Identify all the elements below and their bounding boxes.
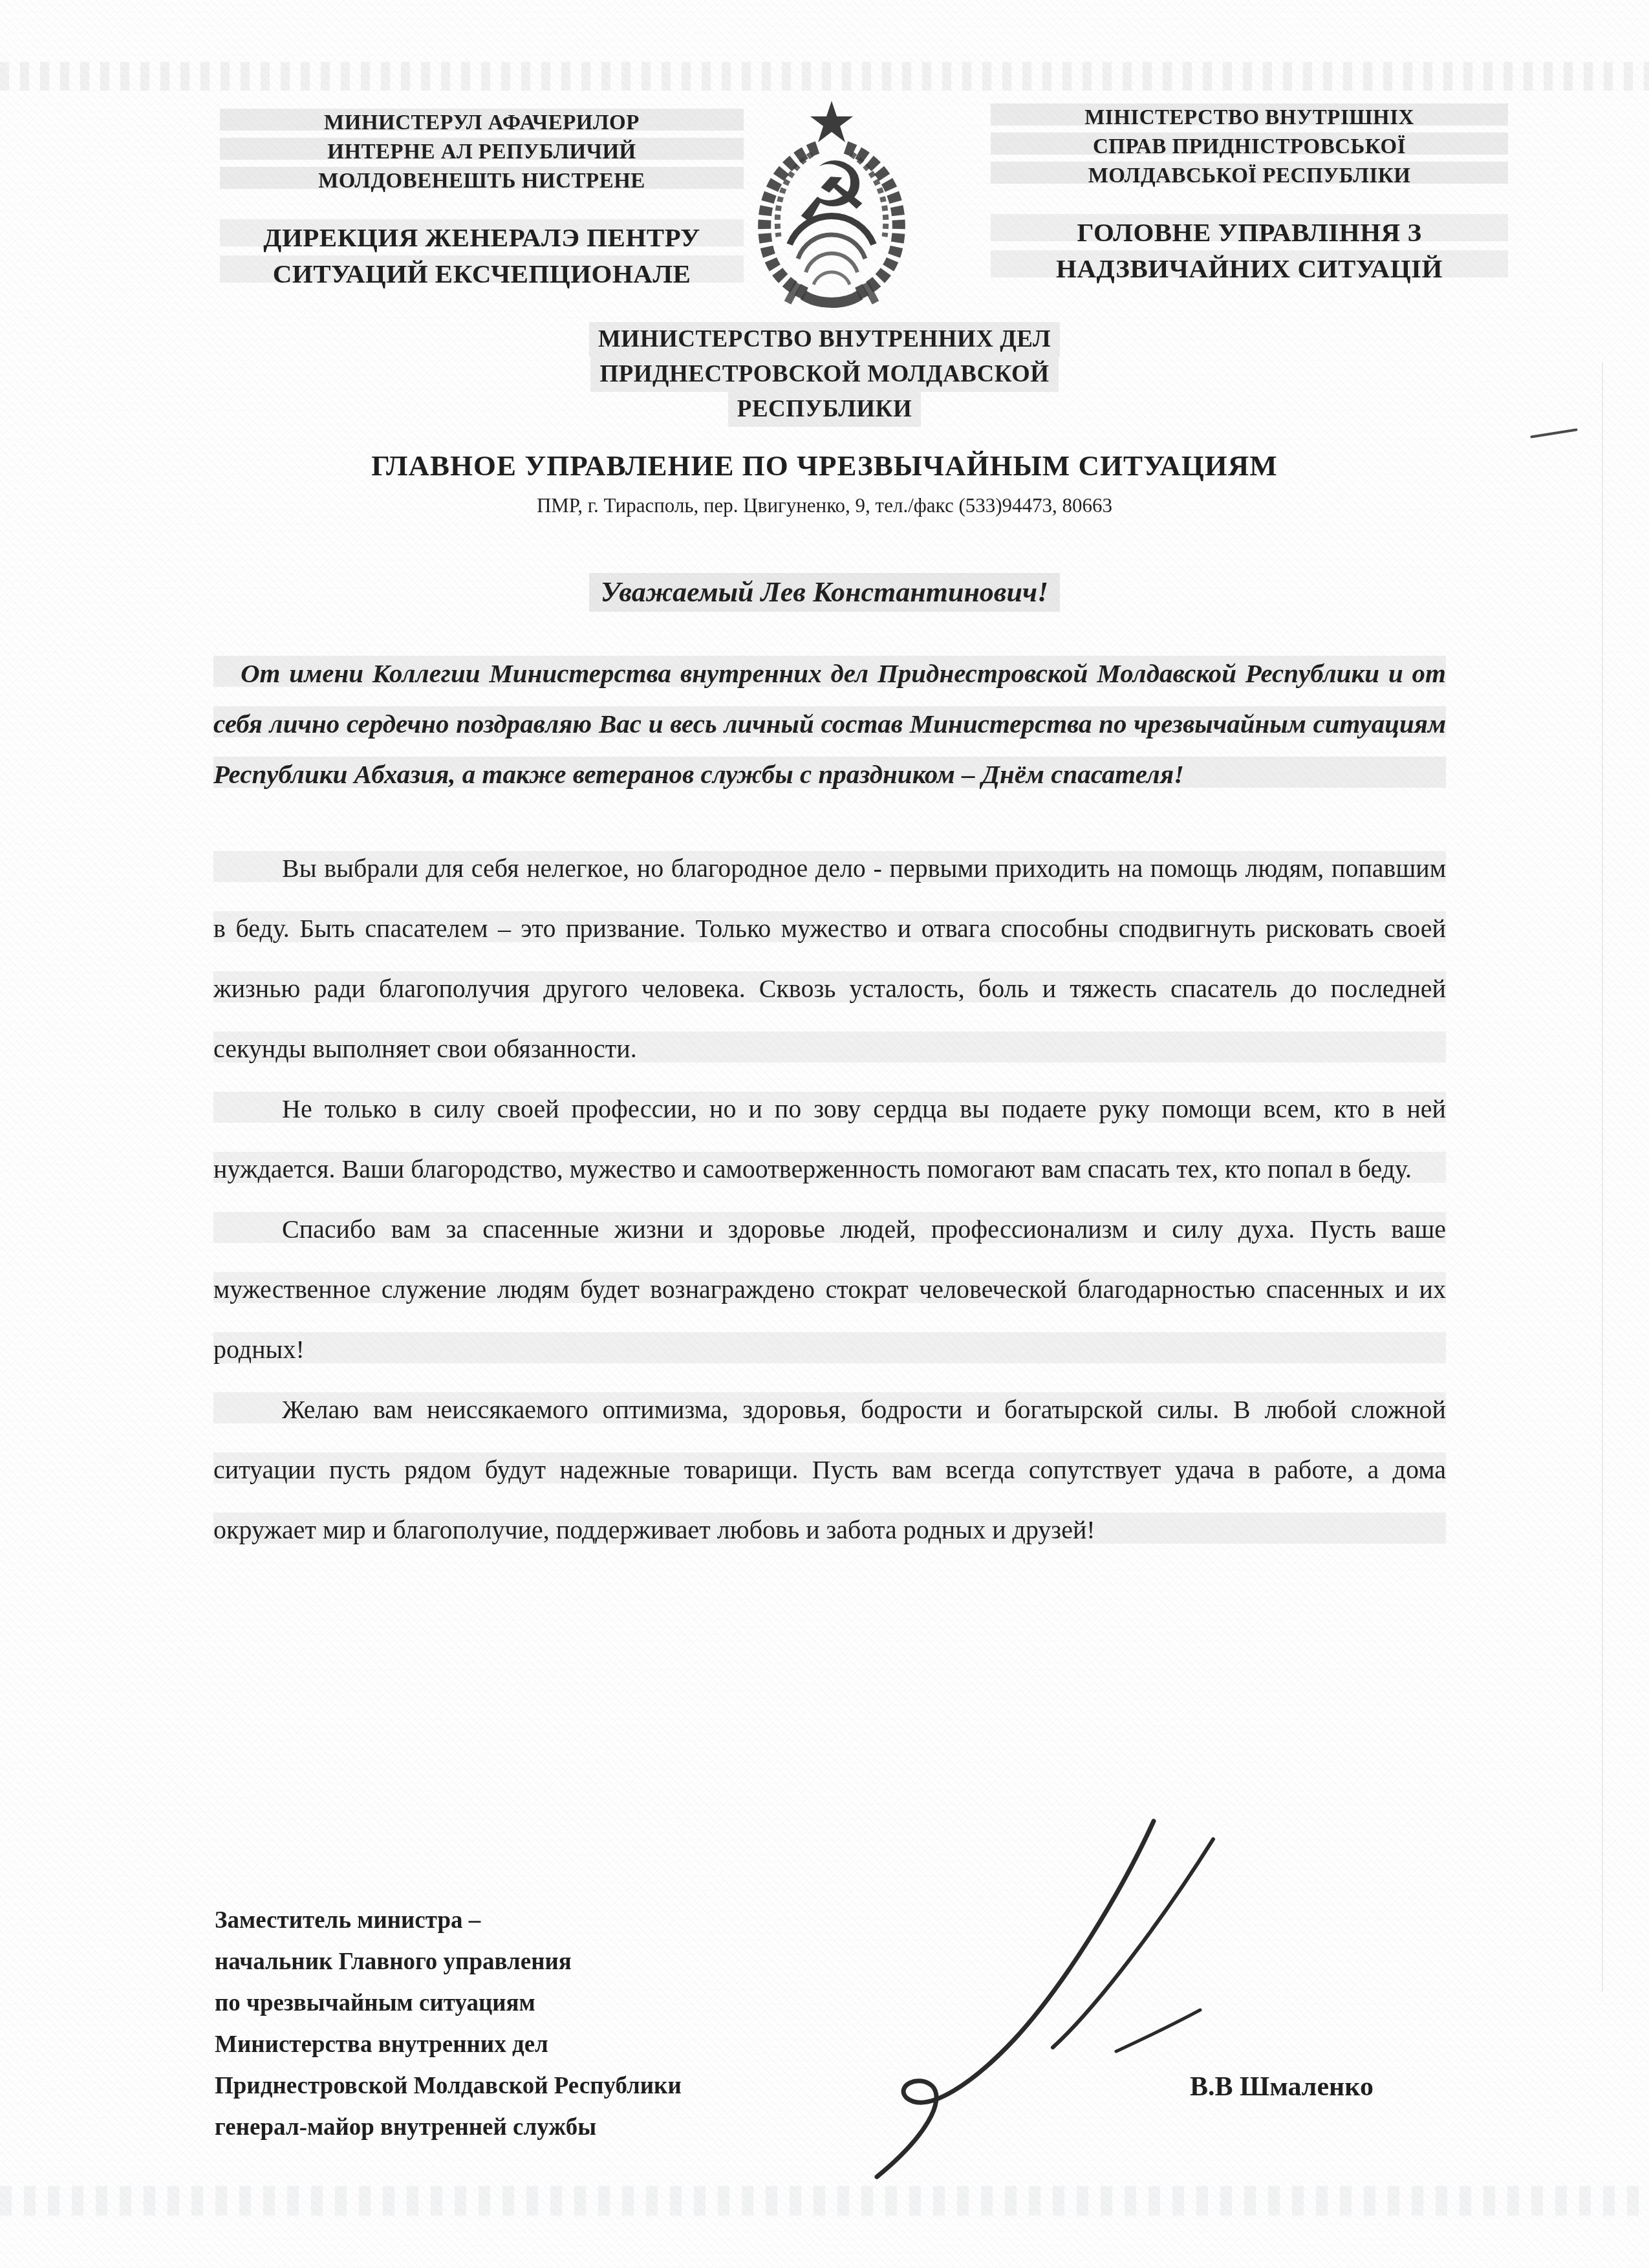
ministry-line: МИНИСТЕРСТВО ВНУТРЕННИХ ДЕЛ [589, 322, 1060, 357]
svg-text:☭: ☭ [794, 144, 870, 242]
letterhead-line: МИНИСТЕРУЛ АФАЧЕРИЛОР [220, 109, 744, 138]
body-paragraph: Не только в силу своей профессии, но и п… [213, 1079, 1446, 1199]
letterhead-right-department: ГОЛОВНЕ УПРАВЛІННЯ З НАДЗВИЧАЙНИХ СИТУАЦ… [991, 214, 1508, 286]
letterhead-left-ministry: МИНИСТЕРУЛ АФАЧЕРИЛОР ИНТЕРНЕ АЛ РЕПУБЛИ… [220, 109, 744, 196]
scan-noise-band-top [0, 62, 1649, 91]
letterhead-line: ГОЛОВНЕ УПРАВЛІННЯ З [991, 214, 1508, 250]
signature-position-line: по чрезвычайным ситуациям [215, 1983, 958, 2024]
body-paragraph: Спасибо вам за спасенные жизни и здоровь… [213, 1199, 1446, 1379]
letterhead-line: МОЛДАВСЬКОЇ РЕСПУБЛІКИ [991, 162, 1508, 191]
letterhead-line: ИНТЕРНЕ АЛ РЕПУБЛИЧИЙ [220, 138, 744, 167]
salutation: Уважаемый Лев Константинович! [0, 573, 1649, 612]
ministry-line: РЕСПУБЛИКИ [728, 392, 921, 427]
body-paragraph: Желаю вам неиссякаемого оптимизма, здоро… [213, 1379, 1446, 1560]
letterhead-right-ministry: МІНІСТЕРСТВО ВНУТРІШНІХ СПРАВ ПРИДНІСТРО… [991, 103, 1508, 191]
letterhead-line: МОЛДОВЕНЕШТЬ НИСТРЕНЕ [220, 167, 744, 196]
signature-position-line: начальник Главного управления [215, 1941, 958, 1983]
signature-position-line: Заместитель министра – [215, 1900, 958, 1941]
pmr-coat-of-arms-icon: ☭ [741, 89, 922, 309]
signature-position-line: генерал-майор внутренней службы [215, 2107, 958, 2148]
scan-noise-band-bottom [0, 2186, 1649, 2216]
handwritten-signature [864, 1809, 1265, 2198]
letterhead-left: МИНИСТЕРУЛ АФАЧЕРИЛОР ИНТЕРНЕ АЛ РЕПУБЛИ… [220, 109, 744, 292]
signer-name: В.В Шмаленко [1190, 2071, 1513, 2103]
letterhead-line: НАДЗВИЧАЙНИХ СИТУАЦІЙ [991, 250, 1508, 286]
letter-body: Вы выбрали для себя нелегкое, но благоро… [213, 838, 1446, 1560]
letterhead-left-department: ДИРЕКЦИЯ ЖЕНЕРАЛЭ ПЕНТРУ СИТУАЦИЙ ЕКСЧЕП… [220, 219, 744, 292]
document-title: ГЛАВНОЕ УПРАВЛЕНИЕ ПО ЧРЕЗВЫЧАЙНЫМ СИТУА… [0, 449, 1649, 482]
letterhead-line: СПРАВ ПРИДНІСТРОВСЬКОЇ [991, 133, 1508, 162]
scan-stray-mark [1530, 428, 1578, 438]
signature-position-line: Министерства внутренних дел [215, 2024, 958, 2066]
letterhead-right: МІНІСТЕРСТВО ВНУТРІШНІХ СПРАВ ПРИДНІСТРО… [991, 103, 1508, 286]
signature-position-line: Приднестровской Молдавской Республики [215, 2066, 958, 2107]
document-address: ПМР, г. Тирасполь, пер. Цвигуненко, 9, т… [0, 493, 1649, 519]
letter-page: МИНИСТЕРУЛ АФАЧЕРИЛОР ИНТЕРНЕ АЛ РЕПУБЛИ… [0, 0, 1649, 2268]
signature-position-block: Заместитель министра – начальник Главног… [215, 1900, 958, 2148]
ministry-line: ПРИДНЕСТРОВСКОЙ МОЛДАВСКОЙ [590, 357, 1058, 392]
letterhead-line: ДИРЕКЦИЯ ЖЕНЕРАЛЭ ПЕНТРУ [220, 219, 744, 255]
letterhead-line: МІНІСТЕРСТВО ВНУТРІШНІХ [991, 103, 1508, 133]
body-paragraph: Вы выбрали для себя нелегкое, но благоро… [213, 838, 1446, 1079]
letterhead-line: СИТУАЦИЙ ЕКСЧЕПЦИОНАЛЕ [220, 255, 744, 292]
ministry-header-ru: МИНИСТЕРСТВО ВНУТРЕННИХ ДЕЛ ПРИДНЕСТРОВС… [0, 322, 1649, 427]
lead-paragraph: От имени Коллегии Министерства внутренни… [213, 648, 1446, 799]
